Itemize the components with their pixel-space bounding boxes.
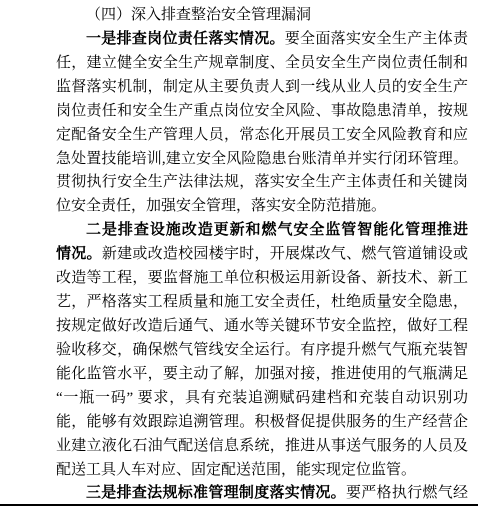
document-body: （四）深入排查整治安全管理漏洞一是排查岗位责任落实情况。要全面落实安全生产主体责… (56, 4, 468, 506)
text-segment: 改造等工程，要监督施工单位积极运用新设备、新技术、新工 (56, 270, 468, 286)
text-line: “一瓶一码” 要求，具有充装追溯赋码建档和充装自动识别功 (56, 387, 468, 411)
text-line: 改造等工程，要监督施工单位积极运用新设备、新技术、新工 (56, 267, 468, 291)
text-segment: 位安全责任，加强安全管理，落实安全防范措施。 (56, 198, 386, 214)
text-segment: 能化监管水平，要主动了解，加强对接，推进使用的气瓶满足 (56, 366, 468, 382)
page-bottom-rule (0, 504, 478, 506)
text-segment: 艺，严格落实工程质量和施工安全责任，杜绝质量安全隐患， (56, 294, 468, 310)
text-segment: 配送工具人车对应、固定配送范围，能实现定位监管。 (56, 462, 416, 478)
text-segment: 贯彻执行安全生产法律法规，落实安全生产主体责任和关键岗 (56, 174, 468, 190)
bold-heading-segment: 一是排查岗位责任落实情况。 (86, 31, 285, 47)
text-line: 能，能够有效跟踪追溯管理。积极督促提供服务的生产经营企 (56, 411, 468, 435)
text-segment: 能，能够有效跟踪追溯管理。积极督促提供服务的生产经营企 (56, 414, 468, 430)
text-line: 一是排查岗位责任落实情况。要全面落实安全生产主体责 (56, 28, 468, 52)
bold-heading-segment: 三是排查法规标准管理制度落实情况。 (86, 485, 346, 501)
text-line: 二是排查设施改造更新和燃气安全监管智能化管理推进 (56, 219, 468, 243)
text-segment: 任，建立健全安全生产规章制度、全员安全生产岗位责任制和 (56, 55, 468, 71)
text-line: 定配备安全生产管理人员，常态化开展员工安全风险教育和应 (56, 124, 468, 148)
text-segment: 监督落实机制，制定从主要负责人到一线从业人员的安全生产 (56, 79, 468, 95)
text-segment: 要严格执行燃气经 (346, 485, 468, 501)
text-line: 业建立液化石油气配送信息系统，推进从事送气服务的人员及 (56, 435, 468, 459)
text-segment: 岗位责任和安全生产重点岗位安全风险、事故隐患清单，按规 (56, 103, 468, 119)
text-line: 任，建立健全安全生产规章制度、全员安全生产岗位责任制和 (56, 52, 468, 76)
text-segment: 要全面落实安全生产主体责 (285, 31, 468, 47)
text-segment: 按规定做好改造后通气、通水等关键环节安全监控，做好工程 (56, 318, 468, 334)
text-line: 监督落实机制，制定从主要负责人到一线从业人员的安全生产 (56, 76, 468, 100)
text-line: 位安全责任，加强安全管理，落实安全防范措施。 (56, 195, 468, 219)
text-line: 按规定做好改造后通气、通水等关键环节安全监控，做好工程 (56, 315, 468, 339)
text-segment: “一瓶一码” 要求，具有充装追溯赋码建档和充装自动识别功 (56, 390, 468, 406)
text-line: 配送工具人车对应、固定配送范围，能实现定位监管。 (56, 459, 468, 483)
text-line: （四）深入排查整治安全管理漏洞 (56, 4, 468, 28)
text-line: 急处置技能培训,建立安全风险隐患台账清单并实行闭环管理。 (56, 148, 468, 172)
text-line: 艺，严格落实工程质量和施工安全责任，杜绝质量安全隐患， (56, 291, 468, 315)
text-segment: 新建或改造校园楼宇时，开展煤改气、燃气管道铺设或 (102, 246, 468, 262)
bold-heading-segment: 情况。 (56, 246, 102, 262)
bold-heading-segment: 二是排查设施改造更新和燃气安全监管智能化管理推进 (86, 222, 468, 238)
text-line: 岗位责任和安全生产重点岗位安全风险、事故隐患清单，按规 (56, 100, 468, 124)
text-line: 能化监管水平，要主动了解，加强对接，推进使用的气瓶满足 (56, 363, 468, 387)
text-segment: 定配备安全生产管理人员，常态化开展员工安全风险教育和应 (56, 127, 468, 143)
text-segment: （四）深入排查整治安全管理漏洞 (86, 7, 311, 23)
text-line: 三是排查法规标准管理制度落实情况。要严格执行燃气经 (56, 482, 468, 506)
text-line: 贯彻执行安全生产法律法规，落实安全生产主体责任和关键岗 (56, 171, 468, 195)
text-segment: 验收移交，确保燃气管线安全运行。有序提升燃气气瓶充装智 (56, 342, 468, 358)
text-line: 验收移交，确保燃气管线安全运行。有序提升燃气气瓶充装智 (56, 339, 468, 363)
document-page: （四）深入排查整治安全管理漏洞一是排查岗位责任落实情况。要全面落实安全生产主体责… (0, 0, 478, 508)
text-segment: 业建立液化石油气配送信息系统，推进从事送气服务的人员及 (56, 438, 468, 454)
text-segment: 急处置技能培训,建立安全风险隐患台账清单并实行闭环管理。 (56, 151, 468, 167)
text-line: 情况。新建或改造校园楼宇时，开展煤改气、燃气管道铺设或 (56, 243, 468, 267)
